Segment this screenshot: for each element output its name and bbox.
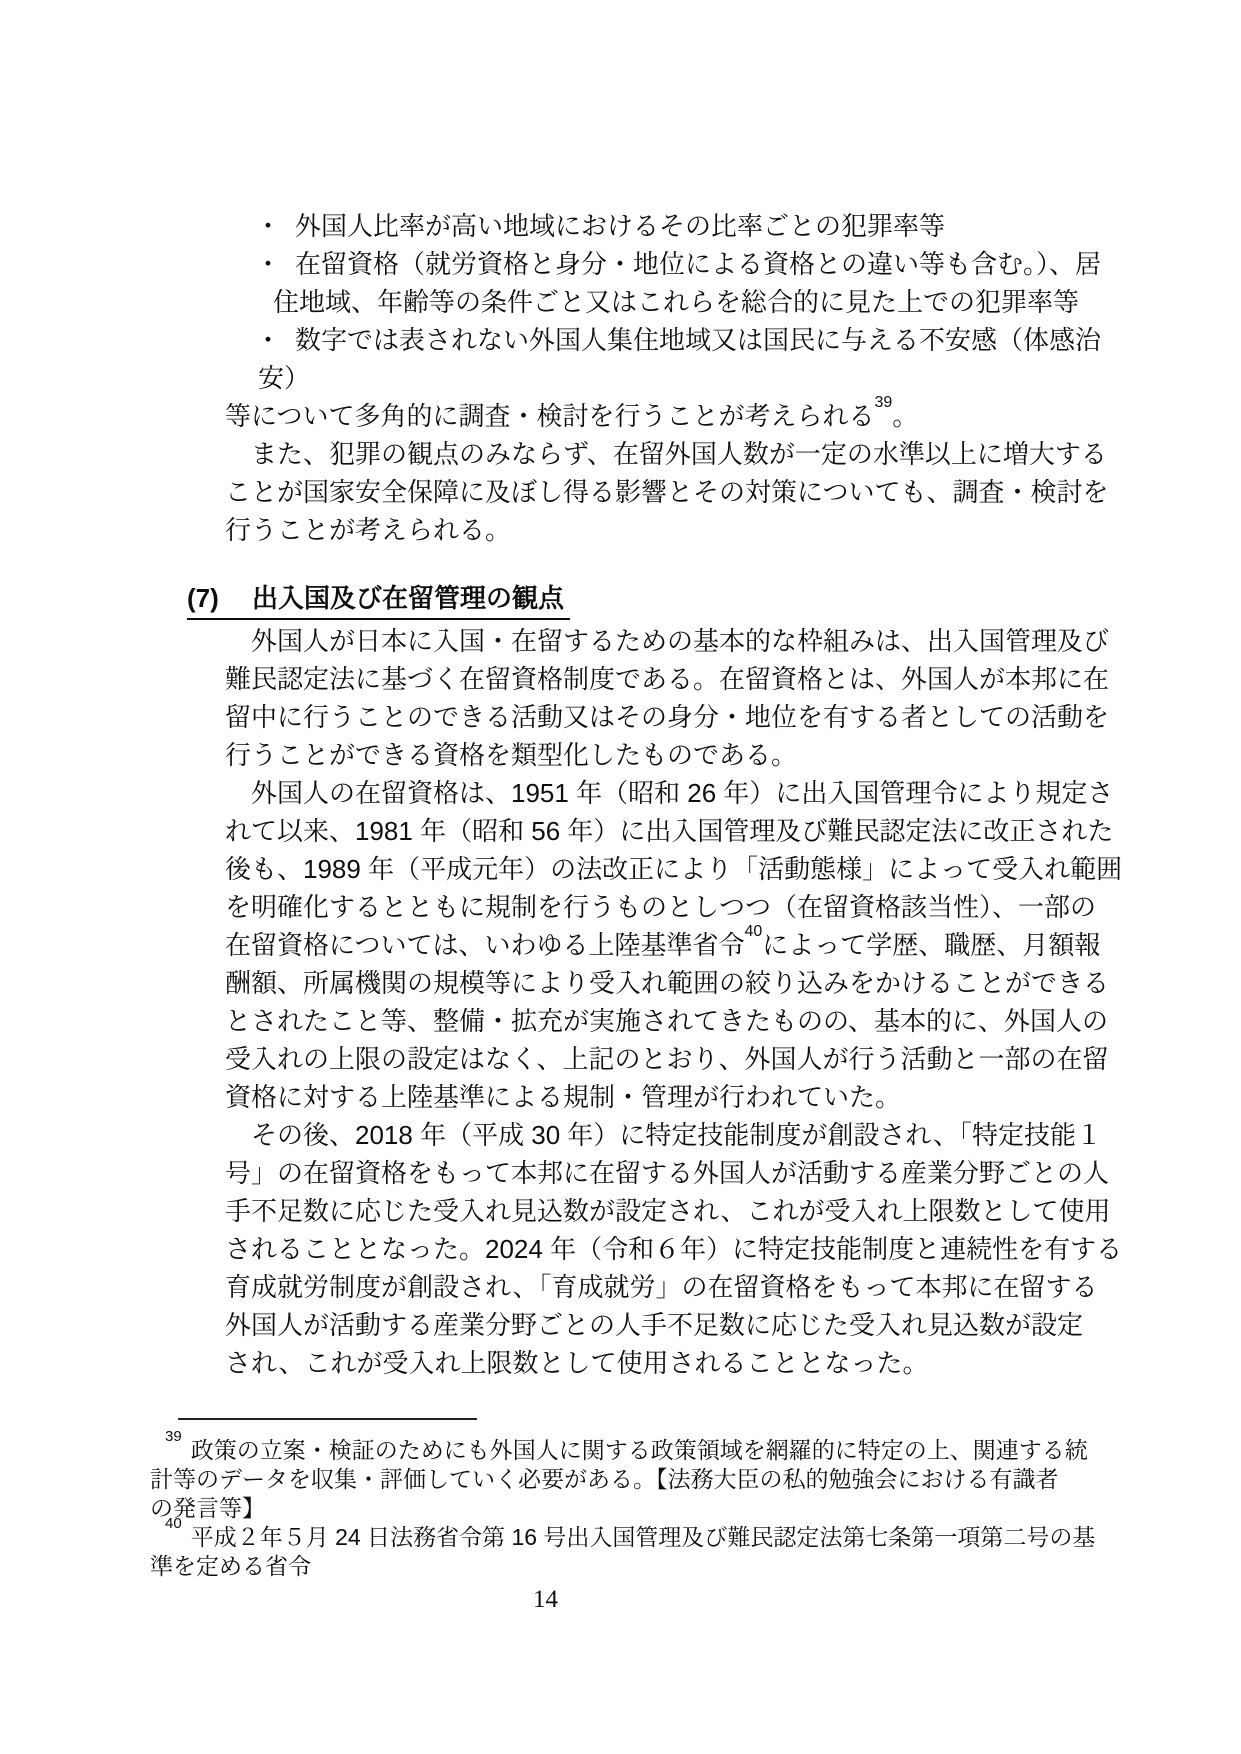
- text-segment: 数字では表されない外国人集住地域又は国民に与える不安感（体感治: [295, 325, 1101, 355]
- footnote-line: の発言等】: [150, 1494, 1241, 1523]
- section-heading: (7)出入国及び在留管理の観点: [187, 579, 1241, 622]
- text-segment: 外国人比率が高い地域におけるその比率ごとの犯罪率等: [295, 211, 945, 241]
- text-line: 後も、1989 年（平成元年）の法改正により「活動態様」によって受入れ範囲: [0, 850, 1241, 888]
- text-line: 外国人が活動する産業分野ごとの人手不足数に応じた受入れ見込数が設定: [0, 1306, 1241, 1344]
- page-content: ・外国人比率が高い地域におけるその比率ごとの犯罪率等 ・在留資格（就労資格と身分…: [0, 207, 1241, 1615]
- footnote-ref-39: 39: [874, 394, 892, 411]
- text-line: 在留資格については、いわゆる上陸基準省令40によって学歴、職歴、月額報: [0, 926, 1241, 964]
- text-segment: 等について多角的に調査・検討を行うことが考えられる: [225, 401, 874, 431]
- text-line: 安）: [0, 359, 1241, 397]
- footnote-line: 39政策の立案・検証のためにも外国人に関する政策領域を網羅的に特定の上、関連する…: [150, 1436, 1241, 1465]
- text-line: 行うことができる資格を類型化したものである。: [0, 736, 1241, 774]
- text-segment: 在留資格については、いわゆる上陸基準省令: [225, 930, 744, 960]
- text-line: れて以来、1981 年（昭和 56 年）に出入国管理及び難民認定法に改正された: [0, 812, 1241, 850]
- text-line: 留中に行うことのできる活動又はその身分・地位を有する者としての活動を: [0, 698, 1241, 736]
- text-line: 育成就労制度が創設され、「育成就労」の在留資格をもって本邦に在留する: [0, 1268, 1241, 1306]
- footnote-number-39: 39: [165, 1428, 182, 1445]
- text-line: され、これが受入れ上限数として使用されることとなった。: [0, 1344, 1241, 1382]
- text-segment: 。: [892, 401, 918, 431]
- text-line: 住地域、年齢等の条件ごと又はこれらを総合的に見た上での犯罪率等: [0, 283, 1241, 321]
- section-heading-text: (7)出入国及び在留管理の観点: [187, 579, 570, 620]
- text-line: を明確化するとともに規制を行うものとしつつ（在留資格該当性）、一部の: [0, 888, 1241, 926]
- footnotes: 39政策の立案・検証のためにも外国人に関する政策領域を網羅的に特定の上、関連する…: [150, 1436, 1241, 1581]
- text-line: 号」の在留資格をもって本邦に在留する外国人が活動する産業分野ごとの人: [0, 1154, 1241, 1192]
- section-number: (7): [187, 579, 252, 617]
- text-line: 資格に対する上陸基準による規制・管理が行われていた。: [0, 1078, 1241, 1116]
- text-line: 行うことが考えられる。: [0, 511, 1241, 549]
- bullet-item: ・数字では表されない外国人集住地域又は国民に与える不安感（体感治: [0, 321, 1241, 359]
- text-segment: 在留資格（就労資格と身分・地位による資格との違い等も含む。）、居: [295, 249, 1101, 279]
- bullet-item: ・外国人比率が高い地域におけるその比率ごとの犯罪率等: [0, 207, 1241, 245]
- footnote-line: 準を定める省令: [150, 1552, 1241, 1581]
- footnote-ref-40: 40: [744, 923, 762, 940]
- document-page: ・外国人比率が高い地域におけるその比率ごとの犯罪率等 ・在留資格（就労資格と身分…: [0, 0, 1241, 1754]
- text-line: 受入れの上限の設定はなく、上記のとおり、外国人が行う活動と一部の在留: [0, 1040, 1241, 1078]
- section-title: 出入国及び在留管理の観点: [252, 583, 564, 613]
- text-segment: 政策の立案・検証のためにも外国人に関する政策領域を網羅的に特定の上、関連する統: [191, 1437, 1088, 1463]
- text-segment: によって学歴、職歴、月額報: [762, 930, 1100, 960]
- text-line: また、犯罪の観点のみならず、在留外国人数が一定の水準以上に増大する: [0, 435, 1241, 473]
- footnote-line: 40平成２年５月 24 日法務省令第 16 号出入国管理及び難民認定法第七条第一…: [150, 1523, 1241, 1552]
- bullet-marker: ・: [255, 245, 295, 283]
- text-line: 外国人が日本に入国・在留するための基本的な枠組みは、出入国管理及び: [0, 622, 1241, 660]
- bullet-item: ・在留資格（就労資格と身分・地位による資格との違い等も含む。）、居: [0, 245, 1241, 283]
- text-line: その後、2018 年（平成 30 年）に特定技能制度が創設され、「特定技能１: [0, 1116, 1241, 1154]
- footnote-separator: [178, 1418, 477, 1420]
- bullet-marker: ・: [255, 321, 295, 359]
- text-line: 手不足数に応じた受入れ見込数が設定され、これが受入れ上限数として使用: [0, 1192, 1241, 1230]
- text-line: 外国人の在留資格は、1951 年（昭和 26 年）に出入国管理令により規定さ: [0, 774, 1241, 812]
- page-number: 14: [0, 1585, 1091, 1615]
- text-line: ことが国家安全保障に及ぼし得る影響とその対策についても、調査・検討を: [0, 473, 1241, 511]
- text-line: 難民認定法に基づく在留資格制度である。在留資格とは、外国人が本邦に在: [0, 660, 1241, 698]
- text-line: とされたこと等、整備・拡充が実施されてきたものの、基本的に、外国人の: [0, 1002, 1241, 1040]
- text-segment: 平成２年５月 24 日法務省令第 16 号出入国管理及び難民認定法第七条第一項第…: [191, 1524, 1096, 1550]
- text-line: 等について多角的に調査・検討を行うことが考えられる39。: [0, 397, 1241, 435]
- bullet-marker: ・: [255, 207, 295, 245]
- footnote-line: 計等のデータを収集・評価していく必要がある。【法務大臣の私的勉強会における有識者: [150, 1465, 1241, 1494]
- footnote-number-40: 40: [165, 1515, 182, 1532]
- text-line: 酬額、所属機関の規模等により受入れ範囲の絞り込みをかけることができる: [0, 964, 1241, 1002]
- text-line: されることとなった。2024 年（令和６年）に特定技能制度と連続性を有する: [0, 1230, 1241, 1268]
